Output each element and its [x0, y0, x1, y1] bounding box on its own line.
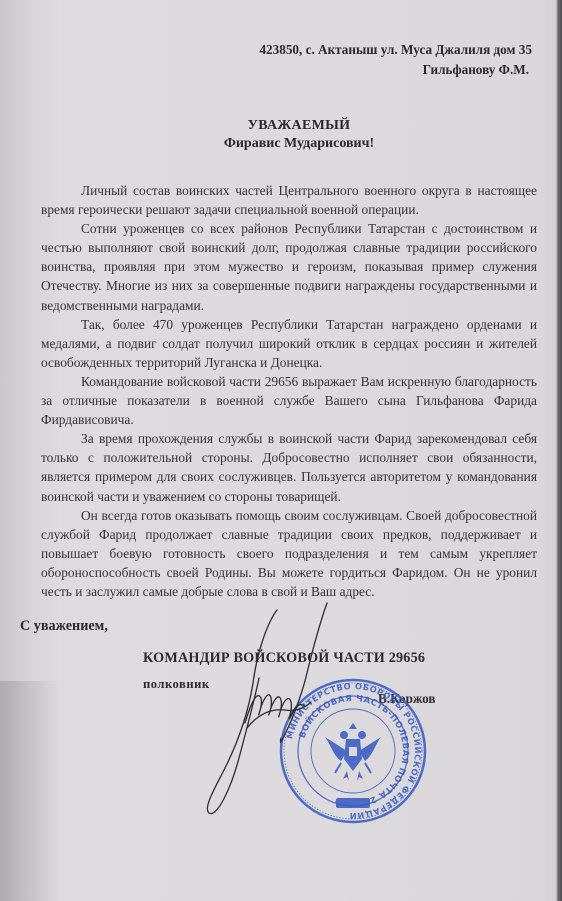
paragraph: Командование войсковой части 29656 выраж…: [41, 372, 537, 429]
recipient-address: 423850, с. Актаныш ул. Муса Джалиля дом …: [259, 40, 532, 60]
paragraph: Так, более 470 уроженцев Республики Тата…: [41, 315, 537, 372]
signature-icon: [195, 598, 345, 823]
letter-body: Личный состав воинских частей Центрально…: [41, 181, 537, 601]
page-shadow: [0, 681, 60, 901]
salutation-title: УВАЖАЕМЫЙ: [18, 118, 562, 134]
salutation-name: Фиравис Мударисович!: [18, 136, 562, 152]
paragraph: Личный состав воинских частей Центрально…: [41, 181, 537, 219]
paragraph: За время прохождения службы в воинской ч…: [41, 429, 537, 505]
recipient-name: Гильфанову Ф.М.: [423, 60, 529, 80]
paragraph: Сотни уроженцев со всех районов Республи…: [41, 219, 537, 314]
closing: С уважением,: [20, 618, 108, 635]
paragraph: Он всегда готов оказывать помощь своим с…: [41, 506, 537, 601]
